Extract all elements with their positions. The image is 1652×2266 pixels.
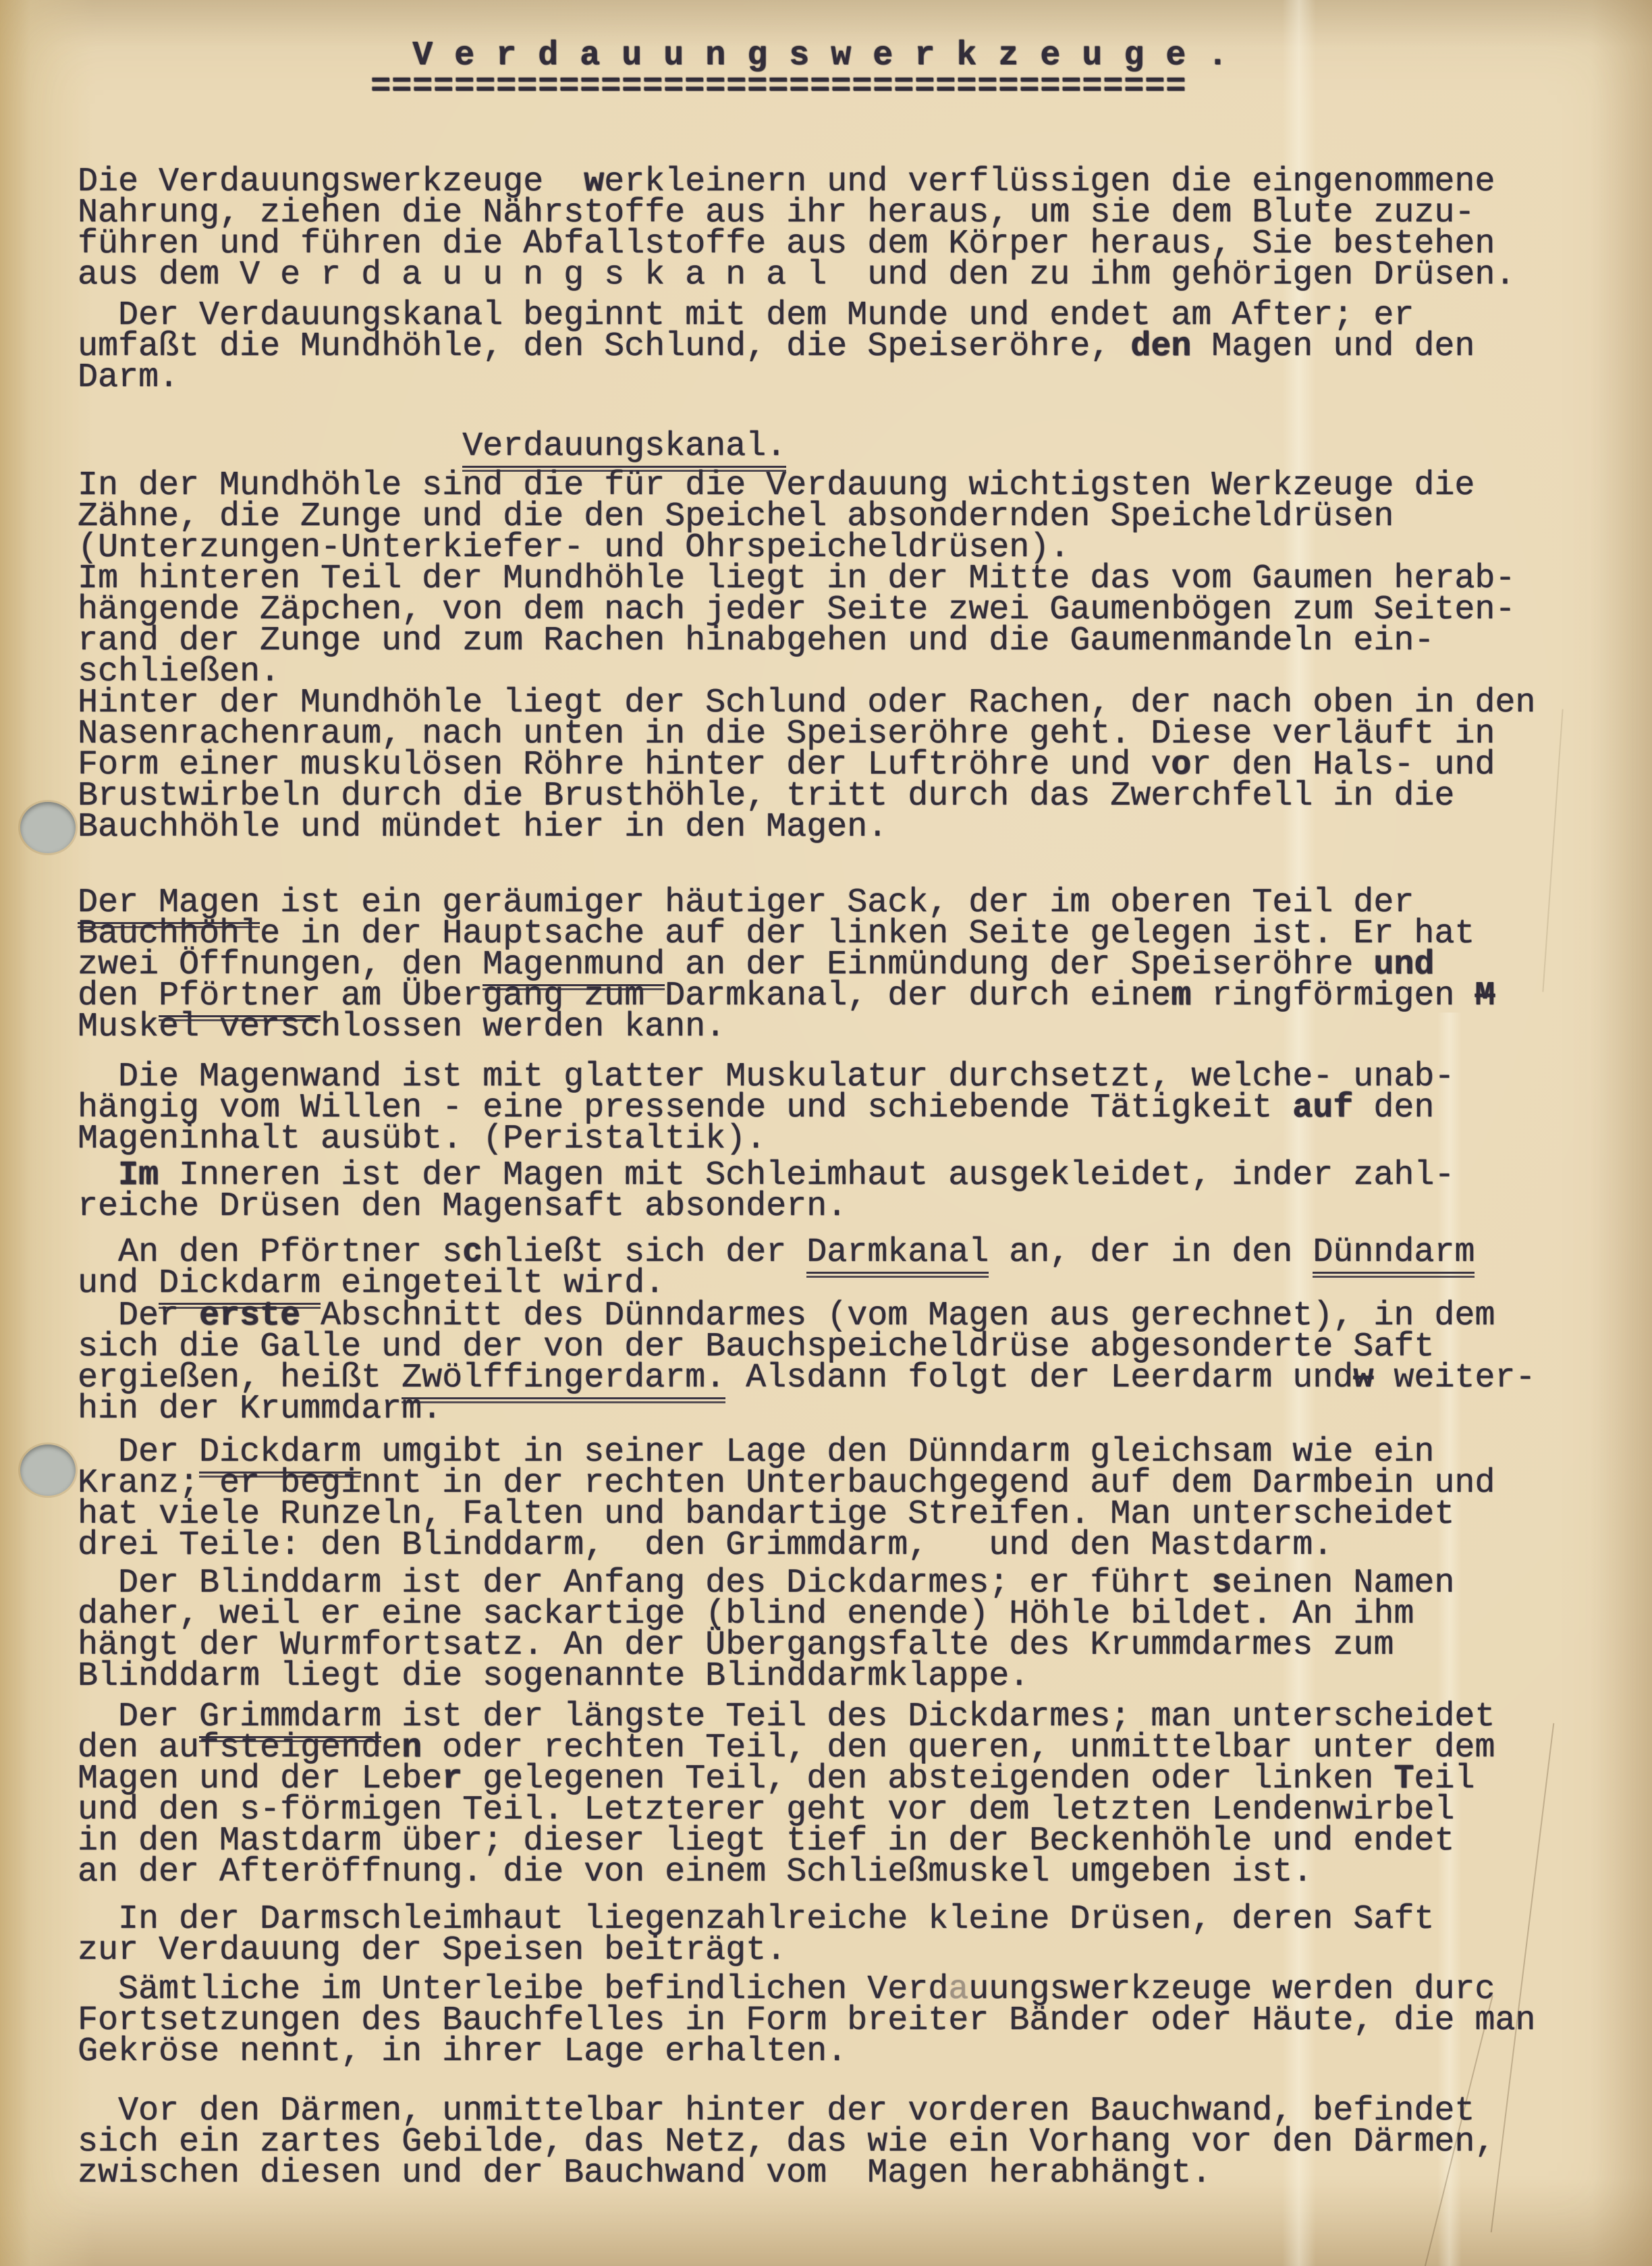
- text-run: an der Afteröffnung. die von einem Schli…: [78, 1853, 1313, 1891]
- text-line: rand der Zunge und zum Rachen hinabgehen…: [78, 626, 1625, 657]
- text-line: Muskel verschlossen werden kann.: [78, 1012, 1625, 1043]
- text-line: Darm.: [78, 362, 1625, 394]
- block-para-grimmdarm: Der Grimmdarm ist der längste Teil des D…: [78, 1702, 1625, 1888]
- text-run: Magen und den: [1191, 327, 1475, 366]
- block-para-darmschleimhaut: In der Darmschleimhaut liegenzahlreiche …: [78, 1904, 1625, 1966]
- text-run: a: [948, 1970, 968, 2009]
- text-line: Mageninhalt ausübt. (Peristaltik).: [78, 1124, 1625, 1155]
- block-heading-verdauungskanal: Verdauungskanal.: [78, 431, 1625, 462]
- text-run: w: [1353, 1359, 1373, 1397]
- text-run: an, der in den: [989, 1233, 1313, 1272]
- text-line: Verdauungskanal.: [78, 431, 1625, 462]
- text-run: Mageninhalt ausübt. (Peristaltik).: [78, 1120, 766, 1158]
- text-run: rand der Zunge und zum Rachen hinabgehen…: [78, 622, 1434, 660]
- text-run: Darm.: [78, 358, 179, 397]
- block-para-dickdarm: Der Dickdarm umgibt in seiner Lage den D…: [78, 1437, 1625, 1561]
- text-line: aus dem V e r d a u u n g s k a n a l un…: [78, 260, 1625, 291]
- text-run: aus dem V e r d a u u n g s k a n a l un…: [78, 256, 1515, 294]
- text-run: weiter-: [1373, 1359, 1535, 1397]
- text-run: den: [1353, 1089, 1434, 1127]
- text-run: reiche Drüsen den Magensaft absondern.: [78, 1187, 847, 1226]
- underlined-term: Zwölffingerdarm.: [402, 1359, 725, 1403]
- text-line: hin der Krummdarm.: [78, 1394, 1625, 1425]
- block-para-magenwand: Die Magenwand ist mit glatter Muskulatur…: [78, 1062, 1625, 1155]
- text-line: zwischen diesen und der Bauchwand vom Ma…: [78, 2158, 1625, 2189]
- text-line: drei Teile: den Blinddarm, den Grimmdarm…: [78, 1530, 1625, 1561]
- hole-punch: [20, 802, 76, 853]
- text-line: Bauchhöhle und mündet hier in den Magen.: [78, 812, 1625, 843]
- block-para-gekroese: Sämtliche im Unterleibe befindlichen Ver…: [78, 1974, 1625, 2068]
- text-run: umfaßt die Mundhöhle, den Schlund, die S…: [78, 327, 1130, 366]
- text-line: zur Verdauung der Speisen beiträgt.: [78, 1935, 1625, 1966]
- block-para-duenndarm: Der erste Abschnitt des Dünndarmes (vom …: [78, 1301, 1625, 1425]
- text-line: Blinddarm liegt die sogenannte Blinddarm…: [78, 1661, 1625, 1692]
- block-para-mundhoehle: In der Mundhöhle sind die für die Verdau…: [78, 470, 1625, 843]
- block-para-schleimhaut: Im Inneren ist der Magen mit Schleimhaut…: [78, 1160, 1625, 1222]
- text-run: den: [1130, 327, 1191, 366]
- text-line: reiche Drüsen den Magensaft absondern.: [78, 1191, 1625, 1222]
- text-run: [78, 68, 370, 106]
- block-para-blinddarm: Der Blinddarm ist der Anfang des Dickdar…: [78, 1568, 1625, 1692]
- text-run: Bauchhöhle und mündet hier in den Magen.: [78, 808, 887, 846]
- block-para-kanal-beginn: Der Verdauungskanal beginnt mit dem Mund…: [78, 300, 1625, 394]
- text-line: Gekröse nennt, in ihrer Lage erhalten.: [78, 2036, 1625, 2068]
- hole-punch: [20, 1445, 76, 1496]
- typewritten-text: V e r d a u u n g s w e r k z e u g e . …: [0, 0, 1652, 2189]
- text-run: hin der Krummdarm.: [78, 1390, 442, 1428]
- block-para-netz: Vor den Därmen, unmittelbar hinter der v…: [78, 2096, 1625, 2189]
- block-title: V e r d a u u n g s w e r k z e u g e . …: [78, 41, 1625, 103]
- text-run: =======================================: [370, 68, 1186, 106]
- text-run: m: [1171, 977, 1191, 1015]
- text-run: ringförmigen: [1191, 977, 1475, 1015]
- block-para-intro: Die Verdauungswerkzeuge werkleinern und …: [78, 167, 1625, 291]
- text-run: zwischen diesen und der Bauchwand vom Ma…: [78, 2154, 1211, 2192]
- text-run: M: [1475, 977, 1495, 1015]
- text-run: [78, 427, 462, 466]
- underlined-term: Dünndarm: [1313, 1233, 1475, 1278]
- text-run: Gekröse nennt, in ihrer Lage erhalten.: [78, 2032, 847, 2071]
- text-run: zur Verdauung der Speisen beiträgt.: [78, 1931, 786, 1970]
- text-run: auf: [1292, 1089, 1353, 1127]
- text-run: drei Teile: den Blinddarm, den Grimmdarm…: [78, 1526, 1333, 1565]
- block-para-darmkanal: An den Pförtner schließt sich der Darmka…: [78, 1237, 1625, 1299]
- text-line: umfaßt die Mundhöhle, den Schlund, die S…: [78, 331, 1625, 362]
- text-run: Muskel verschlossen werden kann.: [78, 1008, 725, 1046]
- underlined-term: Verdauungskanal.: [462, 427, 786, 472]
- underlined-term: Darmkanal: [806, 1233, 989, 1278]
- text-line: an der Afteröffnung. die von einem Schli…: [78, 1857, 1625, 1888]
- text-run: Alsdann folgt der Leerdarm und: [725, 1359, 1353, 1397]
- text-line: =======================================: [78, 72, 1625, 103]
- text-run: Blinddarm liegt die sogenannte Blinddarm…: [78, 1657, 1029, 1696]
- block-para-magen: Der Magen ist ein geräumiger häutiger Sa…: [78, 888, 1625, 1043]
- typewritten-page: V e r d a u u n g s w e r k z e u g e . …: [0, 0, 1652, 2266]
